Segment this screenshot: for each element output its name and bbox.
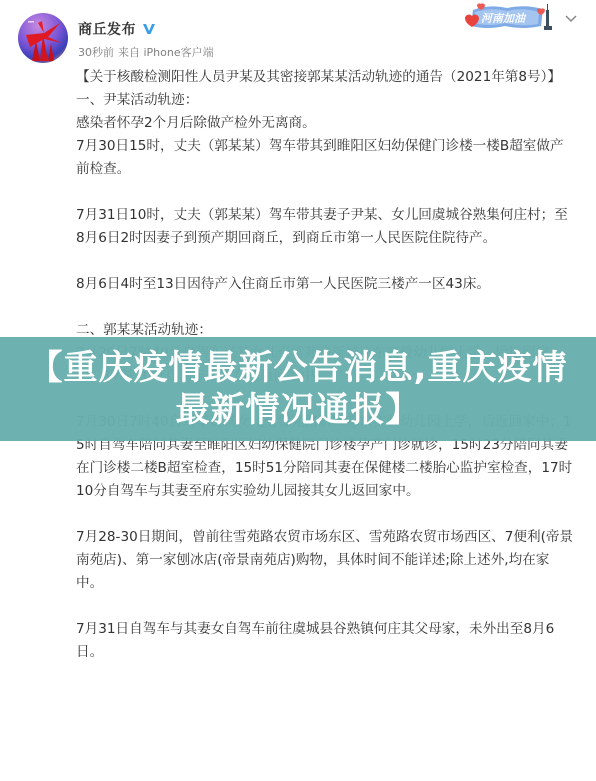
paragraph-gap: [76, 250, 576, 273]
banner-title: 【重庆疫情最新公告消息,重庆疫情最新情况通报】: [18, 347, 578, 431]
post-meta: 30秒前来自 iPhone客户端: [78, 44, 218, 60]
paragraph: 7月30日15时，丈夫（郭某某）驾车带其到睢阳区妇幼保健门诊楼一楼B超室做产前检…: [76, 135, 576, 181]
henan-jiayou-badge-icon: 河南加油: [459, 2, 555, 32]
avatar[interactable]: [18, 13, 68, 63]
svg-text:河南加油: 河南加油: [481, 12, 527, 25]
paragraph-gap: [76, 181, 576, 204]
post-source: 来自 iPhone客户端: [118, 46, 214, 59]
author-name-text: 商丘发布: [78, 19, 136, 39]
paragraph-gap: [76, 503, 576, 526]
paragraph-gap: [76, 296, 576, 319]
verified-v-icon: [142, 23, 156, 35]
paragraph: 7月28-30日期间，曾前往雪苑路农贸市场东区、雪苑路农贸市场西区、7便利(帝景…: [76, 526, 576, 595]
paragraph: 8月6日4时至13日因待产入住商丘市第一人民医院三楼产一区43床。: [76, 273, 576, 296]
author-name[interactable]: 商丘发布: [78, 19, 156, 39]
post-time[interactable]: 30秒前: [78, 46, 114, 59]
paragraph: 感染者怀孕2个月后除做产检外无离商。: [76, 112, 576, 135]
notice-title: 【关于核酸检测阳性人员尹某及其密接郭某某活动轨迹的通告（2021年第8号）】: [76, 66, 576, 89]
red-sculpture-icon: [18, 13, 68, 63]
section-heading-yin: 一、尹某活动轨迹：: [76, 89, 576, 112]
paragraph: 7月31日自驾车与其妻女自驾车前往虞城县谷熟镇何庄其父母家，未外出至8月6日。: [76, 618, 576, 664]
paragraph: 7月31日10时，丈夫（郭某某）驾车带其妻子尹某、女儿回虞城谷熟集何庄村；至8月…: [76, 204, 576, 250]
overlay-title-banner: 【重庆疫情最新公告消息,重庆疫情最新情况通报】: [0, 337, 596, 441]
chevron-down-icon[interactable]: [565, 15, 577, 23]
henan-jiayou-badge: 河南加油: [459, 2, 555, 32]
paragraph-gap: [76, 595, 576, 618]
